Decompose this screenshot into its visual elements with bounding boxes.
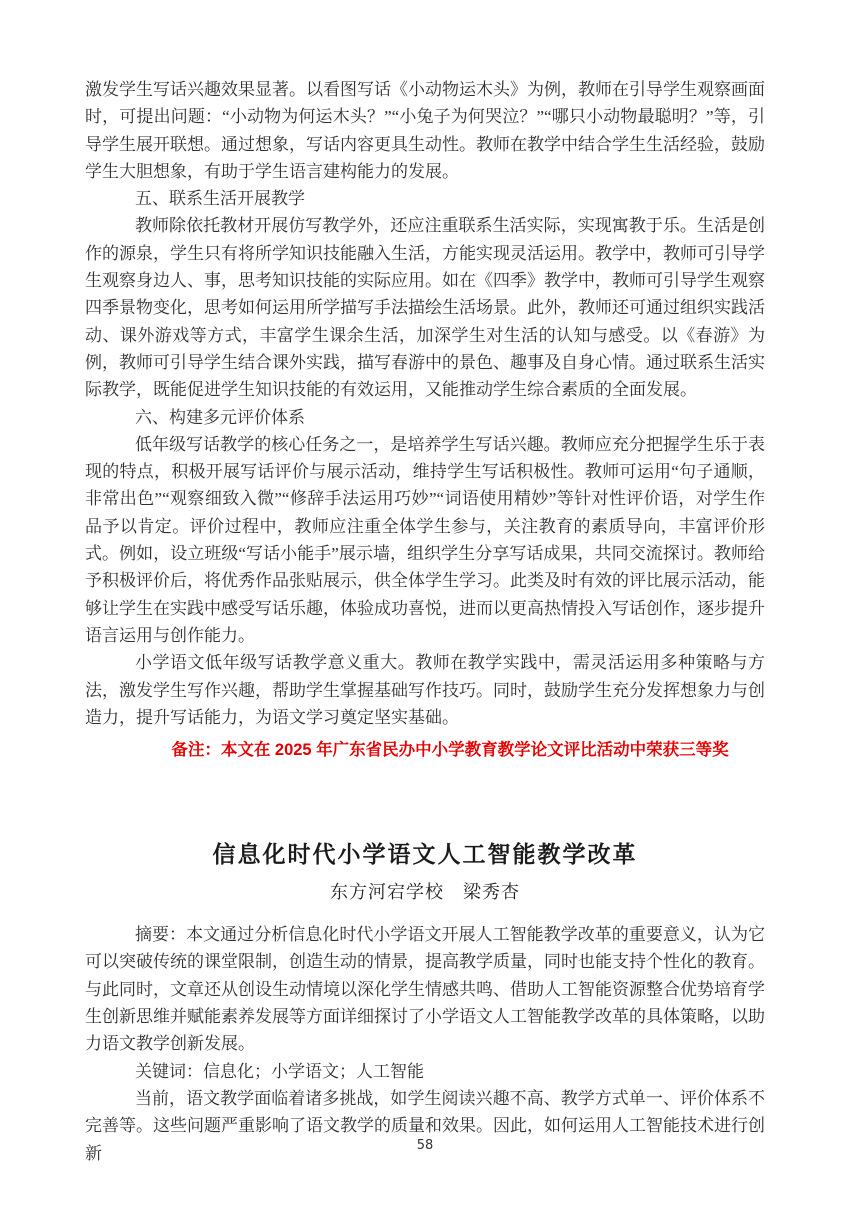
section-5-paragraph: 教师除依托教材开展仿写教学外，还应注重联系生活实际，实现寓教于乐。生活是创作的源… (85, 212, 765, 403)
section-6-paragraph: 低年级写话教学的核心任务之一，是培养学生写话兴趣。教师应充分把握学生乐于表现的特… (85, 431, 765, 649)
section-heading-5: 五、联系生活开展教学 (85, 185, 765, 212)
page-content: 激发学生写话兴趣效果显著。以看图写话《小动物运木头》为例，教师在引导学生观察画面… (0, 0, 850, 1167)
conclusion-paragraph: 小学语文低年级写话教学意义重大。教师在教学实践中，需灵活运用多种策略与方法，激发… (85, 649, 765, 731)
page-number: 58 (417, 1138, 434, 1153)
keywords-line: 关键词：信息化；小学语文；人工智能 (85, 1058, 765, 1085)
continuation-paragraph: 激发学生写话兴趣效果显著。以看图写话《小动物运木头》为例，教师在引导学生观察画面… (85, 76, 765, 185)
document-page: 激发学生写话兴趣效果显著。以看图写话《小动物运木头》为例，教师在引导学生观察画面… (0, 0, 850, 1205)
page-footer: 58 (0, 1136, 850, 1154)
intro-paragraph: 当前，语文教学面临着诸多挑战，如学生阅读兴趣不高、教学方式单一、评价体系不完善等… (85, 1085, 765, 1167)
article-byline: 东方河宕学校 梁秀杏 (85, 880, 765, 905)
article-title: 信息化时代小学语文人工智能教学改革 (85, 838, 765, 872)
award-note: 备注：本文在 2025 年广东省民办中小学教育教学论文评比活动中荣获三等奖 (85, 737, 765, 764)
section-heading-6: 六、构建多元评价体系 (85, 404, 765, 431)
abstract-block: 摘要：本文通过分析信息化时代小学语文开展人工智能教学改革的重要意义，认为它可以突… (85, 921, 765, 1167)
abstract-paragraph: 摘要：本文通过分析信息化时代小学语文开展人工智能教学改革的重要意义，认为它可以突… (85, 921, 765, 1057)
